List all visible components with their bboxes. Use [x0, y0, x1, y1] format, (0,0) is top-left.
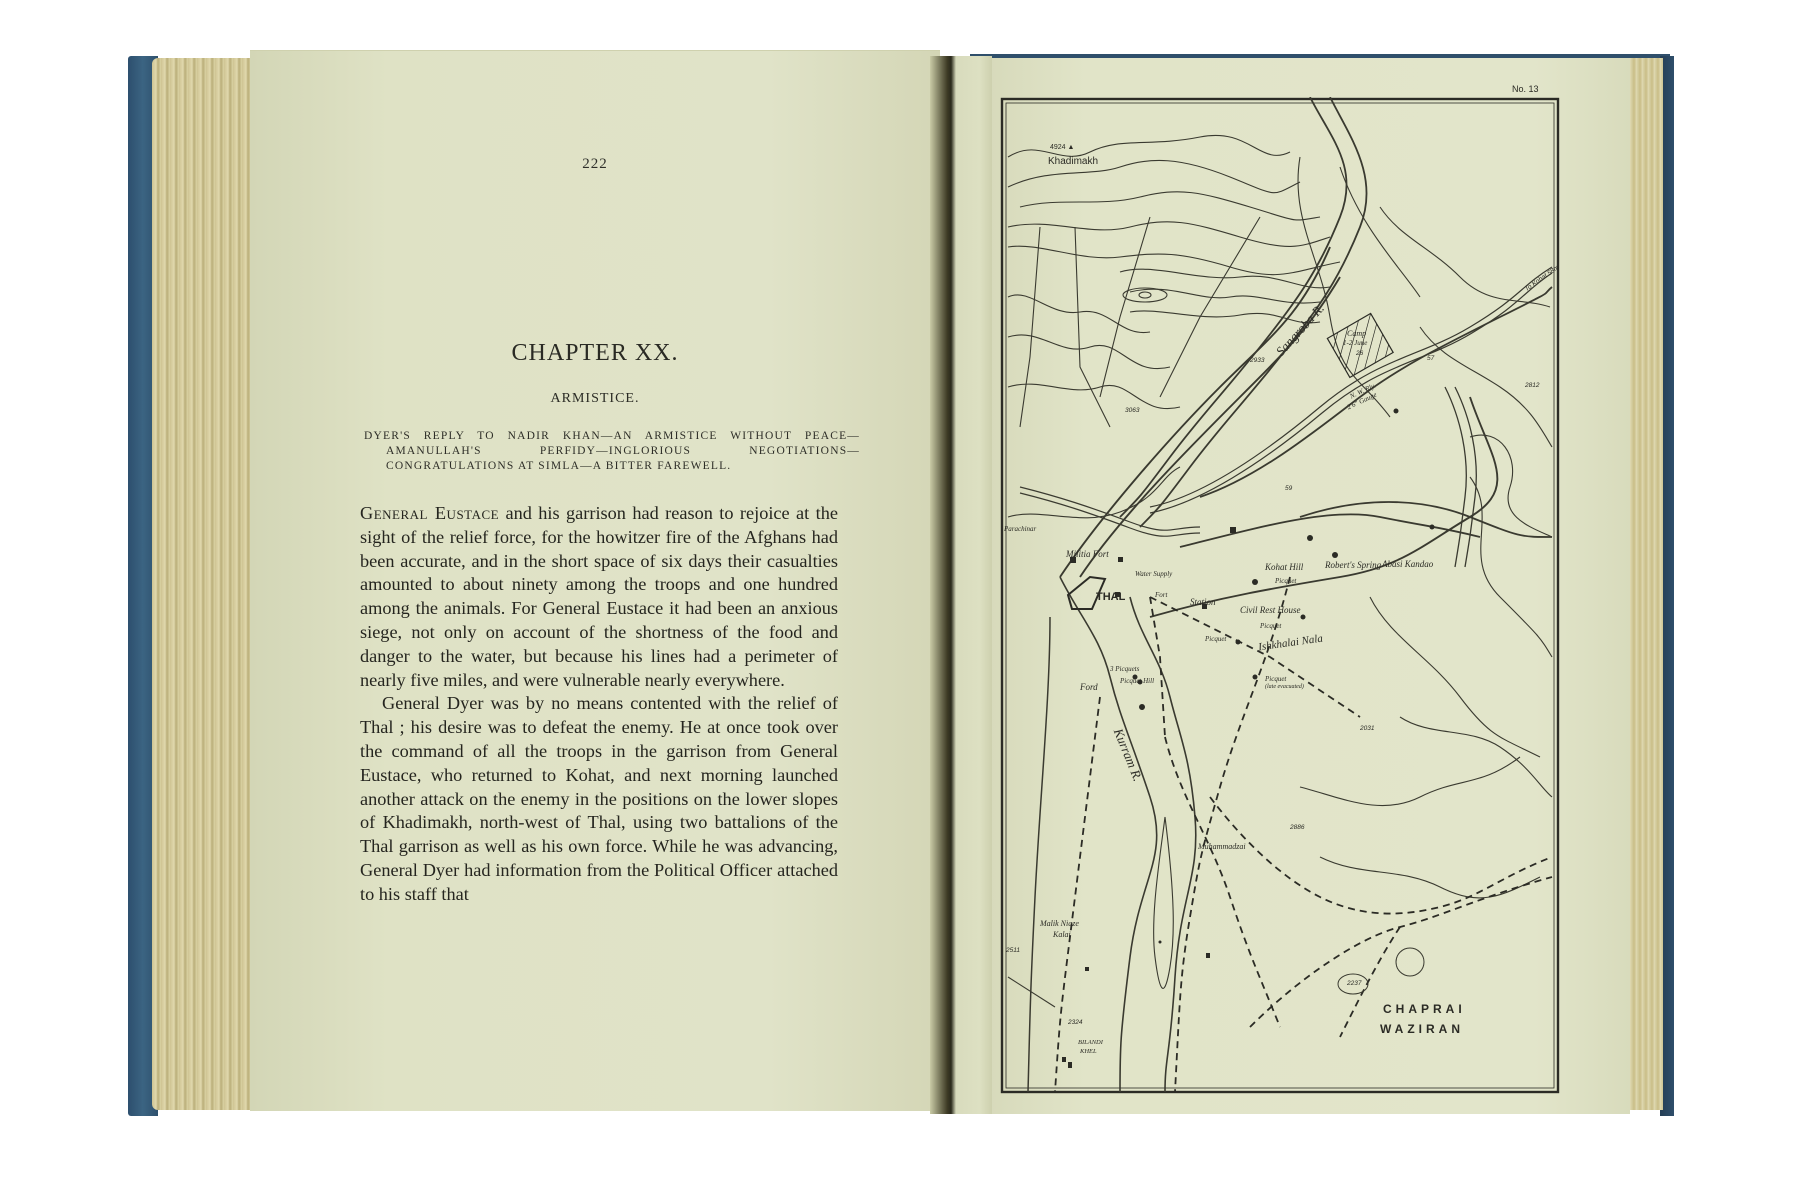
chapter-synopsis: Dyer's reply to Nadir Khan—An armistice …	[364, 429, 860, 474]
map-label-muhammadzai: Muhammadzai	[1198, 842, 1246, 851]
map-label-kohat-hill-picquet: Picquet	[1275, 577, 1296, 585]
map-label-picquet: Picquet	[1205, 635, 1226, 643]
map-label-militia-fort: Militia Fort	[1066, 549, 1109, 559]
map-label-camp-number: 26	[1356, 350, 1363, 357]
map-label-water-supply: Water Supply	[1135, 570, 1172, 578]
map-label-parachinar: Parachinar	[1004, 525, 1036, 533]
map-label-bilandi: BILANDI	[1078, 1039, 1103, 1046]
page-number: 222	[250, 156, 940, 173]
map-label-height-2812: 2812	[1525, 382, 1539, 389]
book-gutter	[930, 56, 992, 1114]
map-label-chaprai: CHAPRAI	[1383, 1002, 1466, 1016]
map-label-kohat-hill: Kohat Hill	[1265, 562, 1303, 572]
map-label-malik-niaze-kalai: Kalai	[1053, 930, 1071, 939]
paragraph: General Eustace and his garrison had rea…	[360, 502, 838, 692]
chapter-title: CHAPTER XX.	[250, 340, 940, 367]
map-label-thal: THAL	[1096, 591, 1125, 603]
map-label-station: Station	[1190, 597, 1216, 607]
map-label-marker-59: 59	[1285, 485, 1292, 492]
map-label-camp-dates: 1-2 June	[1343, 339, 1367, 347]
map-label-waziran: WAZIRAN	[1380, 1022, 1464, 1036]
page-edges-right	[1625, 58, 1663, 1110]
map-label-khadimakh: Khadimakh	[1048, 156, 1098, 167]
map-label-fort: Fort	[1155, 591, 1167, 599]
map: 4924 ▲ Khadimakh Sangroba R. Camp 1-2 Ju…	[1000, 97, 1560, 1097]
map-label-height-2031: 2031	[1360, 725, 1374, 732]
map-label-height-2511: 2511	[1006, 947, 1020, 954]
paragraph-text: and his garrison had reason to rejoice a…	[360, 503, 838, 690]
paragraph-lead: General Eustace	[360, 503, 499, 523]
map-label-roberts-spring: Robert's Spring	[1325, 560, 1381, 570]
map-label-height-2886: 2886	[1290, 824, 1304, 831]
map-label-picquet: Picquet	[1265, 675, 1286, 683]
map-label-picquet: Picquet	[1260, 622, 1281, 630]
map-label-khel: KHEL	[1080, 1048, 1097, 1055]
map-label-picquet-hill: Picquet Hill	[1120, 677, 1154, 685]
map-label-marker-57: 57	[1427, 355, 1434, 362]
open-book: 222 CHAPTER XX. ARMISTICE. Dyer's reply …	[0, 0, 1800, 1200]
paragraph-text: General Dyer was by no means contented w…	[360, 693, 838, 903]
paragraph: General Dyer was by no means contented w…	[360, 692, 838, 906]
map-label-height: 4924 ▲	[1050, 144, 1074, 151]
map-label-three-picquets: 3 Picquets	[1110, 665, 1139, 673]
chapter-subtitle: ARMISTICE.	[250, 391, 940, 407]
map-label-height-2324: 2324	[1068, 1019, 1082, 1026]
map-label-camp: Camp	[1347, 329, 1366, 338]
map-label-ford: Ford	[1080, 682, 1098, 692]
body-text: General Eustace and his garrison had rea…	[360, 502, 838, 907]
page-edges-left	[152, 58, 252, 1110]
map-label-height-2933: 2933	[1250, 357, 1264, 364]
map-label-civil-rest-house: Civil Rest House	[1240, 605, 1301, 615]
map-label-height-3063: 3063	[1125, 407, 1139, 414]
map-label-malik-niaze: Malik Niaze	[1040, 919, 1079, 928]
map-drawing	[1000, 97, 1560, 1097]
map-label-abasi-kandao: Abasi Kandao	[1382, 559, 1433, 569]
map-label-height-2237: 2237	[1347, 980, 1361, 987]
map-label-picquet-note: (late evacuated)	[1265, 684, 1304, 690]
map-number: No. 13	[1512, 84, 1539, 94]
